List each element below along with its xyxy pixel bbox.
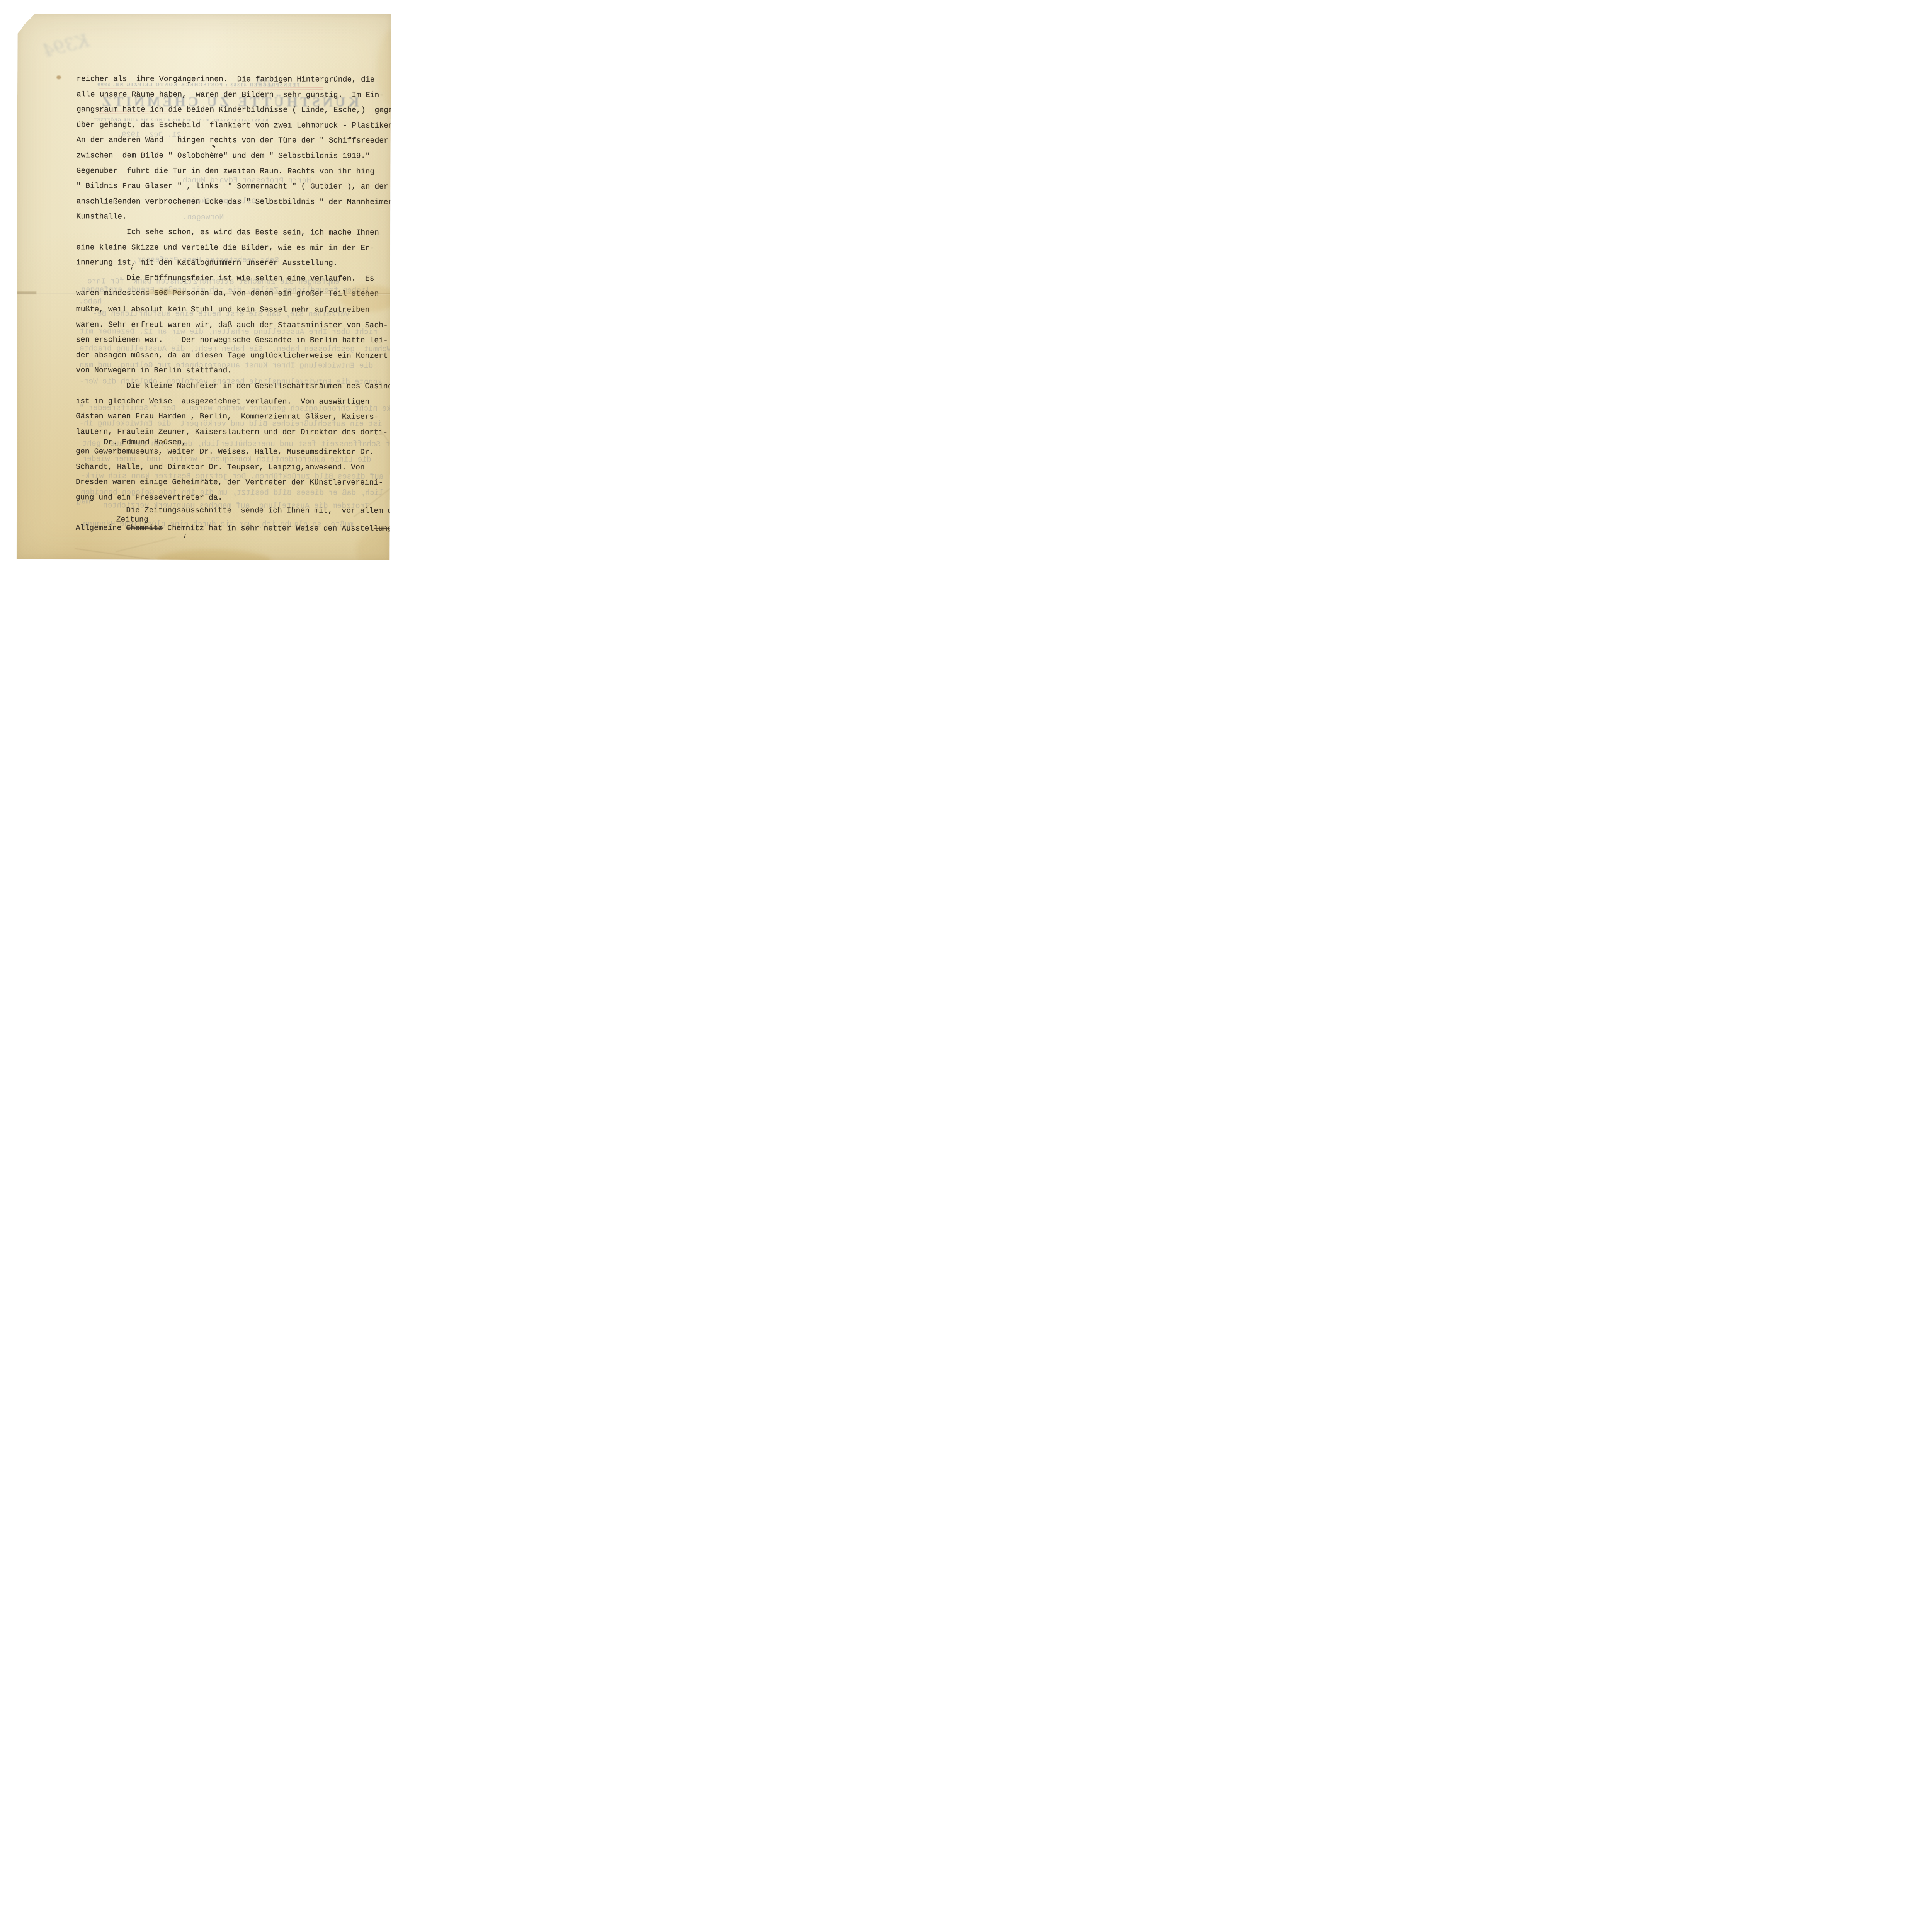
typed-line: eine kleine Skizze und verteile die Bild… [76,242,374,253]
stain-bottom-right [356,528,405,568]
typed-line: lautern, Fräulein Zeuner, Kaiserslautern… [76,427,388,437]
typed-line: gangsraum hatte ich die beiden Kinderbil… [77,104,402,115]
letterhead-rule-top [99,87,323,89]
typed-line: ist in gleicher Weise ausgezeichnet verl… [76,396,369,407]
typed-line: Gegenüber führt die Tür in den zweiten R… [77,166,375,177]
typed-line: zwischen dem Bilde " Oslobohème" und dem… [77,150,370,161]
typed-text-layer: reicher als ihre Vorgängerinnen. Die far… [17,14,391,14]
typed-line: gung und ein Pressevertreter da. [76,492,223,503]
crease-right-edge [382,432,405,471]
typed-line: Dresden waren einige Geheimräte, der Ver… [76,477,383,488]
typed-line: waren mindestens 500 Personen da, von de… [76,288,379,299]
fold-crease-edge-tear [17,291,36,294]
typed-line: Die kleine Nachfeier in den Gesellschaft… [76,381,397,391]
typed-line: Die Eröffnungsfeier ist wie selten eine … [76,273,374,284]
typed-line: von Norwegern in Berlin stattfand. [76,365,232,376]
typed-line: über gehängt, das Eschebild flankiert vo… [77,120,398,131]
bleedthrough-line: Norwegen. [182,213,224,222]
struck-text: Chemnitz [126,524,163,532]
crease-bottom-middle [169,560,227,566]
typed-line: der absagen müssen, da am diesen Tage un… [76,350,388,361]
typed-line: innerung ist, mit den Katalognummern uns… [76,257,338,268]
struck-text: lungs [374,524,396,533]
typed-insertion-line: Dr. Edmund Hausen, [104,437,186,447]
typed-line: Gästen waren Frau Harden , Berlin, Komme… [76,411,379,422]
text-segment: Allgemeine [76,524,126,532]
typed-line: sen erschienen war. Der norwegische Gesa… [76,335,388,345]
typed-line: alle unsere Räume haben, waren den Bilde… [77,89,384,100]
text-segment: Chemnitz hat in sehr netter Weise den Au… [163,524,374,533]
typed-line: gen Gewerbemuseums, weiter Dr. Weises, H… [76,446,374,457]
typed-line: Kunsthalle. [76,211,127,221]
typed-line: An der anderen Wand hingen rechts von de… [77,135,398,146]
scanned-letter: FERNSPRECHER 41363 : POSTSCHECK-KONTO LE… [0,0,405,568]
typed-line: Ich sehe schon, es wird das Beste sein, … [76,227,379,238]
text-segment: - [397,524,401,533]
typed-line: reicher als ihre Vorgängerinnen. Die far… [77,74,375,85]
crease-bottom-middle-2 [218,567,303,568]
crease-bottom-left-2 [116,537,176,552]
stain-small-dot [56,75,61,79]
stray-mark [184,534,185,538]
typed-line: " Bildnis Frau Glaser " , links " Sommer… [77,181,388,192]
letter-paper: FERNSPRECHER 41363 : POSTSCHECK-KONTO LE… [17,14,391,560]
crease-bottom-left [75,548,155,561]
ink-marks-layer: ✓,K394219 [17,14,391,14]
typed-line: Schardt, Halle, und Direktor Dr. Teupser… [76,462,365,473]
stain-bottom-center [155,549,271,568]
typed-line-with-corrections: Allgemeine Chemnitz Chemnitz hat in sehr… [76,523,401,534]
hand-big: K394 [41,30,92,61]
typed-line: mußte, weil absolut kein Stuhl und kein … [76,304,370,315]
typed-line: waren. Sehr erfreut waren wir, daß auch … [76,320,388,330]
bleedthrough-layer: FERNSPRECHER 41363 : POSTSCHECK-KONTO LE… [17,14,391,14]
typed-line: anschließenden verbrochenen Ecke das " S… [76,196,393,207]
